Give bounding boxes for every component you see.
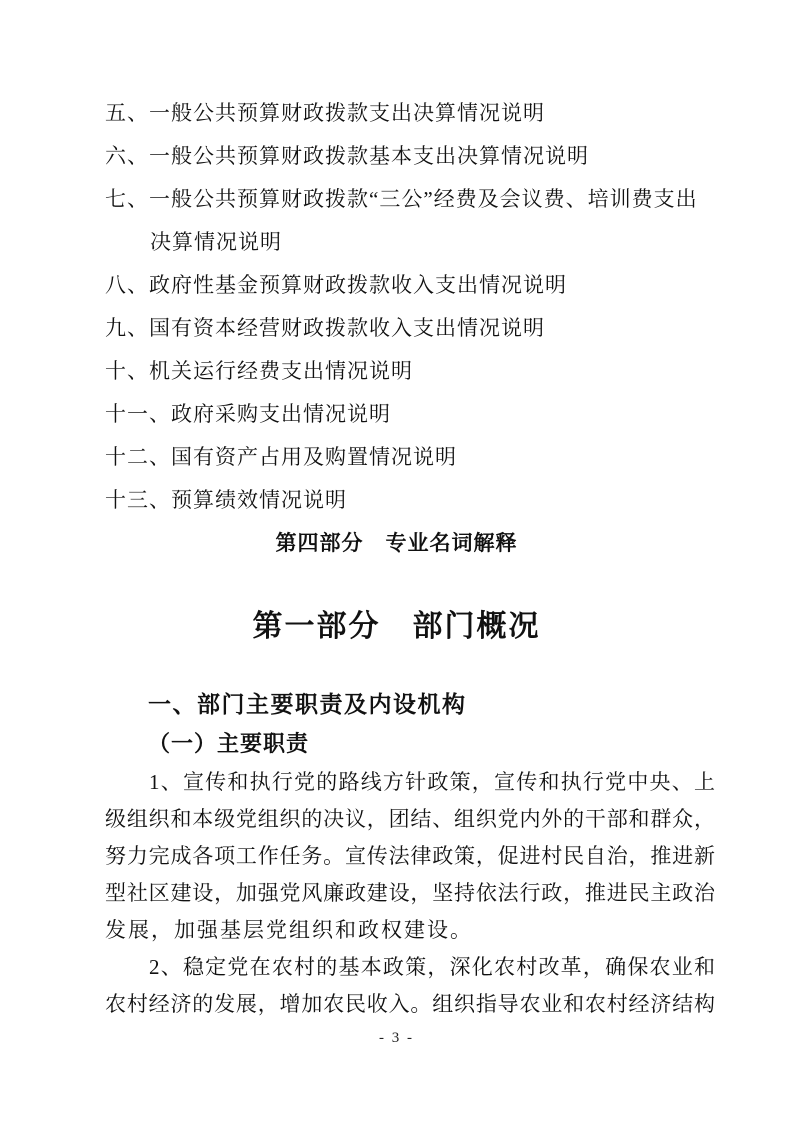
section1-heading: 一、部门主要职责及内设机构: [148, 684, 793, 724]
page-number: - 3 -: [0, 1030, 793, 1047]
paragraph-1-line: 型社区建设，加强党风廉政建设，坚持依法行政，推进民主政治: [105, 875, 715, 912]
part4-heading: 第四部分 专业名词解释: [0, 522, 793, 565]
toc-item-9: 九、国有资本经营财政拨款收入支出情况说明: [105, 307, 793, 350]
document-page: 五、一般公共预算财政拨款支出决算情况说明 六、一般公共预算财政拨款基本支出决算情…: [0, 0, 793, 1122]
toc-item-11: 十一、政府采购支出情况说明: [105, 393, 793, 436]
toc-item-7-continuation: 决算情况说明: [105, 221, 793, 264]
body-paragraphs: 1、宣传和执行党的路线方针政策，宣传和执行党中央、上 级组织和本级党组织的决议，…: [105, 764, 715, 1023]
toc-item-10: 十、机关运行经费支出情况说明: [105, 350, 793, 393]
toc-item-7: 七、一般公共预算财政拨款“三公”经费及会议费、培训费支出: [105, 178, 793, 221]
toc-item-6: 六、一般公共预算财政拨款基本支出决算情况说明: [105, 135, 793, 178]
paragraph-2-line: 2、稳定党在农村的基本政策，深化农村改革，确保农业和: [105, 949, 715, 986]
table-of-contents: 五、一般公共预算财政拨款支出决算情况说明 六、一般公共预算财政拨款基本支出决算情…: [105, 92, 793, 522]
paragraph-1-line: 1、宣传和执行党的路线方针政策，宣传和执行党中央、上: [105, 764, 715, 801]
part1-heading: 第一部分 部门概况: [0, 607, 793, 647]
toc-item-5: 五、一般公共预算财政拨款支出决算情况说明: [105, 92, 793, 135]
toc-item-13: 十三、预算绩效情况说明: [105, 479, 793, 522]
paragraph-1-line: 发展，加强基层党组织和政权建设。: [105, 912, 715, 949]
toc-item-8: 八、政府性基金预算财政拨款收入支出情况说明: [105, 264, 793, 307]
paragraph-2-line: 农村经济的发展，增加农民收入。组织指导农业和农村经济结构: [105, 986, 715, 1023]
subsection1-heading: （一）主要职责: [148, 724, 793, 764]
paragraph-1-line: 级组织和本级党组织的决议，团结、组织党内外的干部和群众，: [105, 801, 715, 838]
paragraph-1-line: 努力完成各项工作任务。宣传法律政策，促进村民自治，推进新: [105, 838, 715, 875]
toc-item-12: 十二、国有资产占用及购置情况说明: [105, 436, 793, 479]
